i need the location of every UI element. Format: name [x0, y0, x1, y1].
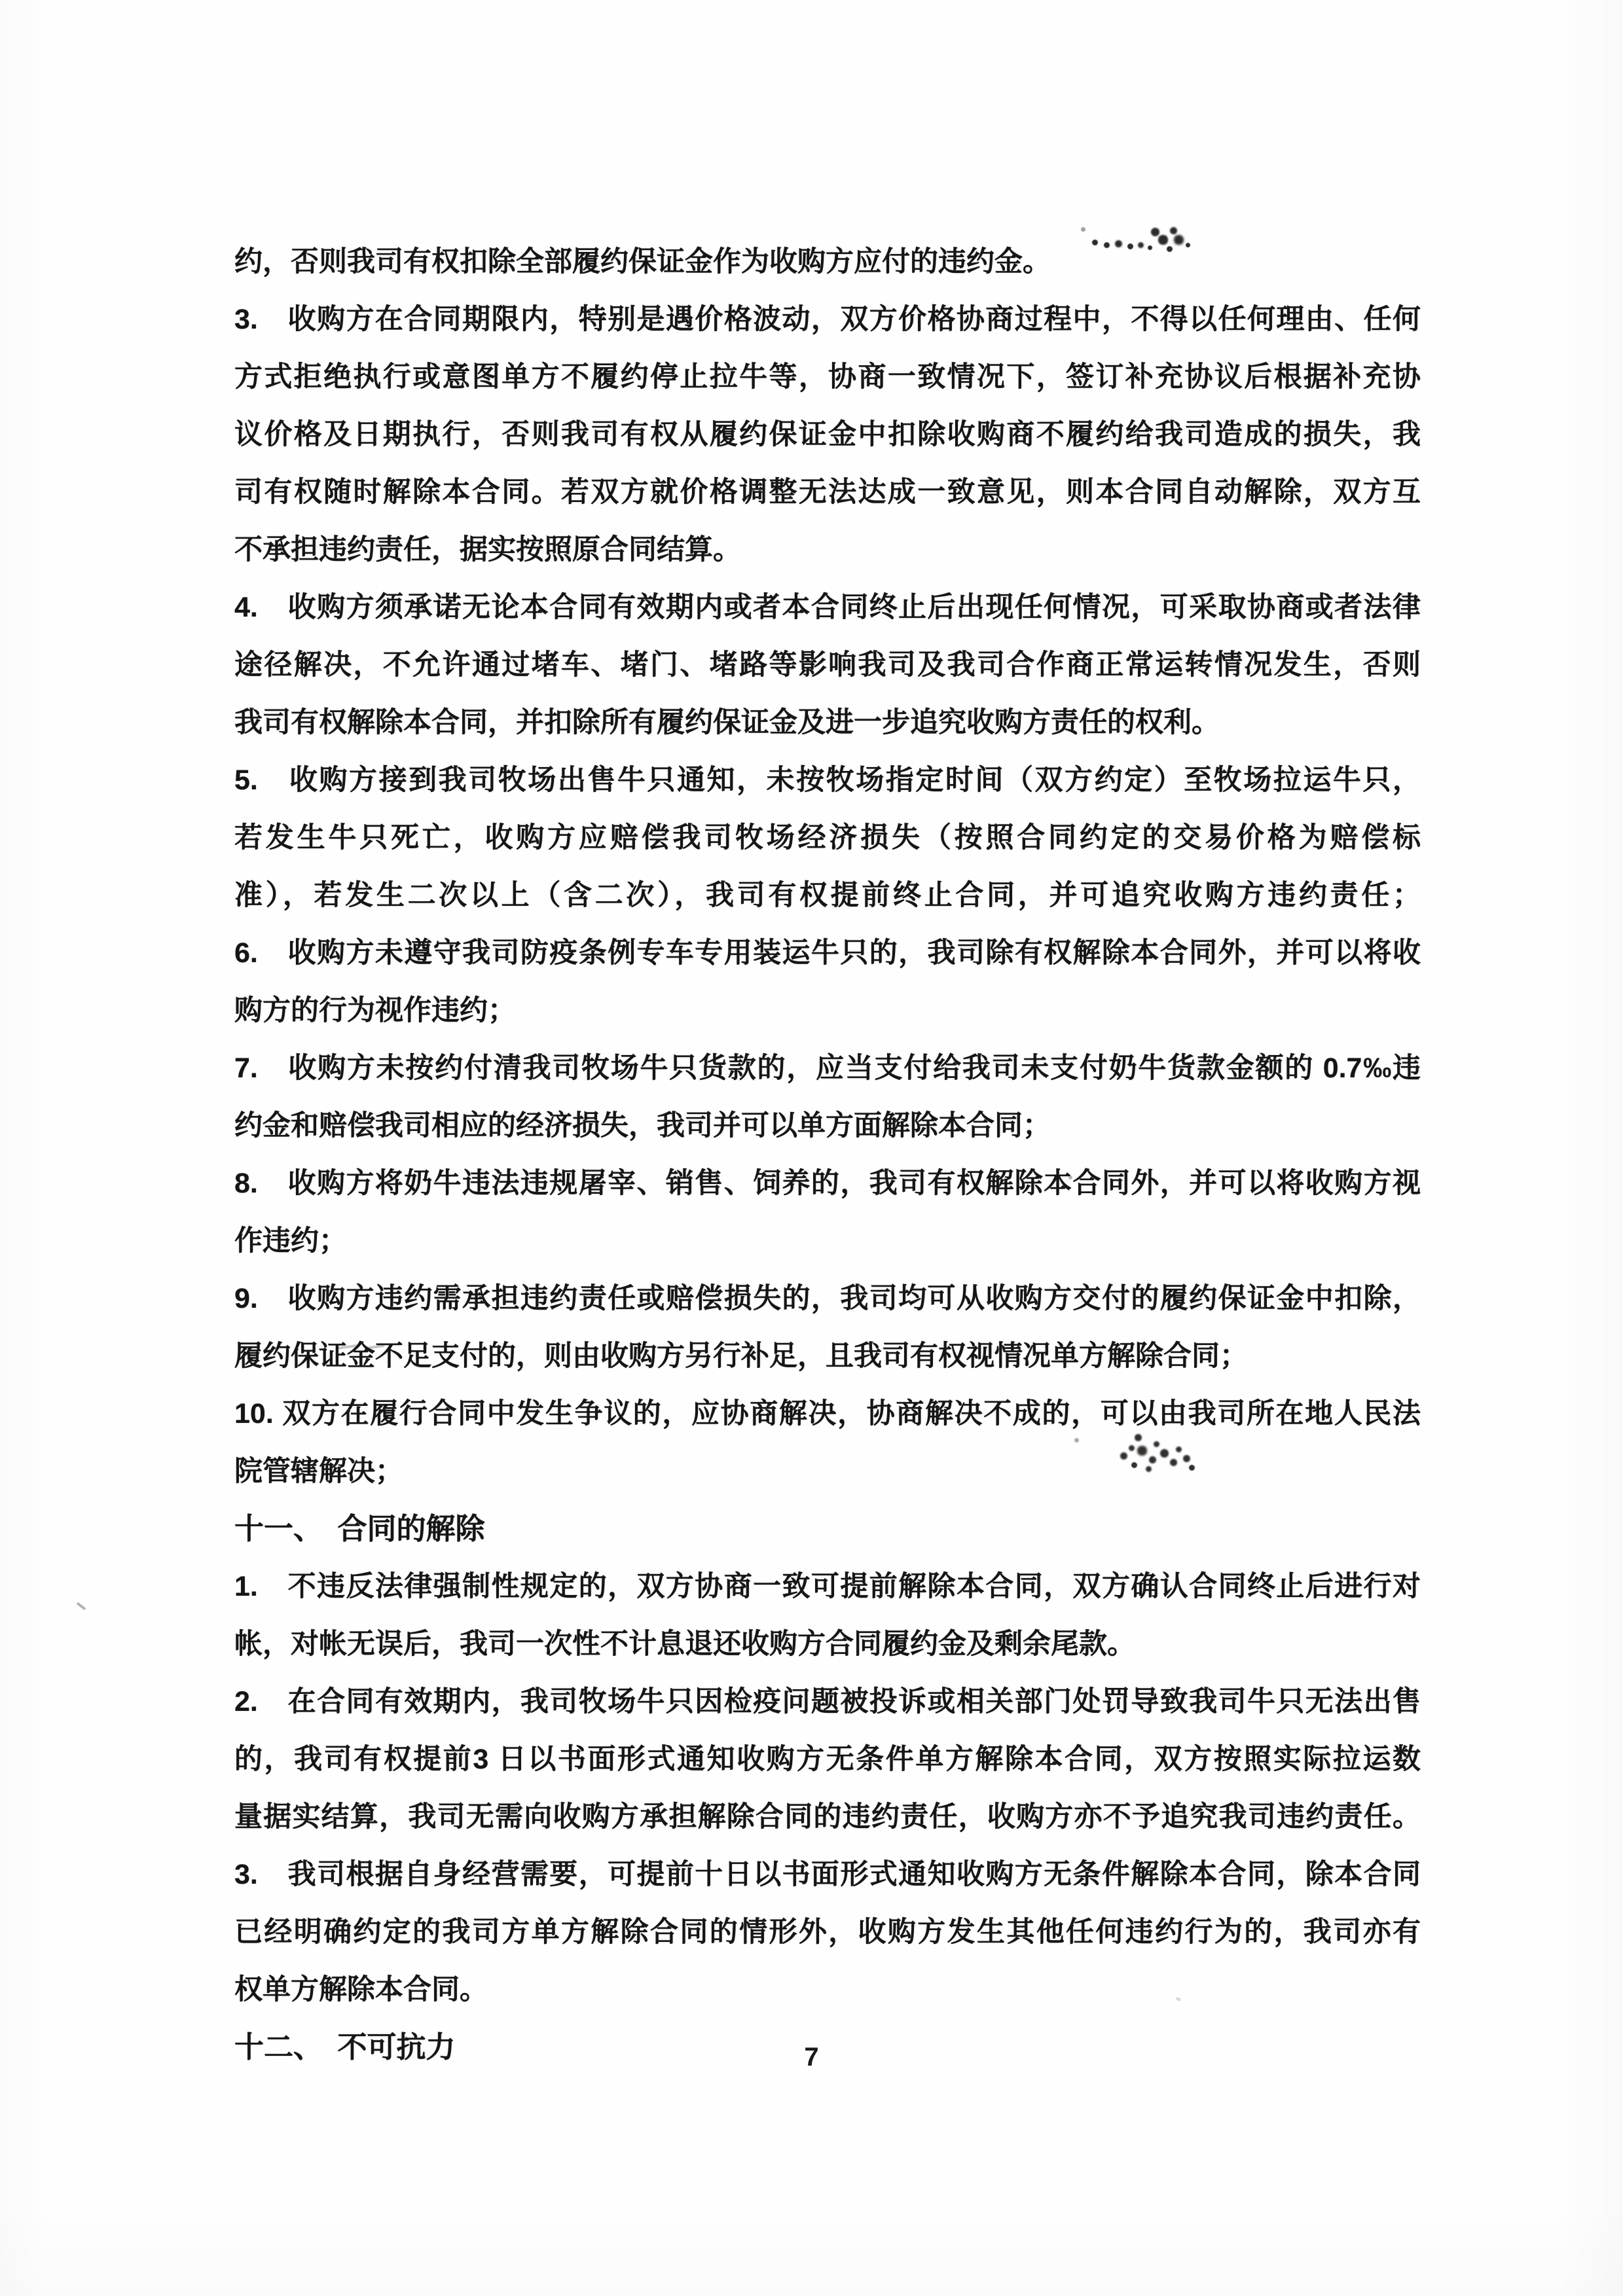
- contract-line: 不承担违约责任，据实按照原合同结算。: [234, 521, 1421, 579]
- contract-line: 10. 双方在履行合同中发生争议的，应协商解决，协商解决不成的，可以由我司所在地…: [234, 1385, 1421, 1443]
- contract-line: 量据实结算，我司无需向收购方承担解除合同的违约责任，收购方亦不予追究我司违约责任…: [234, 1788, 1421, 1846]
- contract-line: 权单方解除本合同。: [234, 1961, 1421, 2018]
- contract-line: 已经明确约定的我司方单方解除合同的情形外，收购方发生其他任何违约行为的，我司亦有: [234, 1903, 1421, 1961]
- contract-line: 我司有权解除本合同，并扣除所有履约保证金及进一步追究收购方责任的权利。: [234, 694, 1421, 751]
- contract-line: 3. 收购方在合同期限内，特别是遇价格波动，双方价格协商过程中，不得以任何理由、…: [234, 291, 1421, 348]
- contract-text-block: 约，否则我司有权扣除全部履约保证金作为收购方应付的违约金。3. 收购方在合同期限…: [234, 233, 1421, 2076]
- contract-line: 1. 不违反法律强制性规定的，双方协商一致可提前解除本合同，双方确认合同终止后进…: [234, 1558, 1421, 1615]
- contract-line: 4. 收购方须承诺无论本合同有效期内或者本合同终止后出现任何情况，可采取协商或者…: [234, 579, 1421, 636]
- contract-line: 帐，对帐无误后，我司一次性不计息退还收购方合同履约金及剩余尾款。: [234, 1615, 1421, 1673]
- contract-line: 购方的行为视作违约；: [234, 982, 1421, 1039]
- contract-line: 院管辖解决；: [234, 1443, 1421, 1500]
- contract-line: 8. 收购方将奶牛违法违规屠宰、销售、饲养的，我司有权解除本合同外，并可以将收购…: [234, 1155, 1421, 1212]
- contract-line: 履约保证金不足支付的，则由收购方另行补足，且我司有权视情况单方解除合同；: [234, 1327, 1421, 1385]
- contract-line: 方式拒绝执行或意图单方不履约停止拉牛等，协商一致情况下，签订补充协议后根据补充协: [234, 348, 1421, 406]
- contract-line: 议价格及日期执行，否则我司有权从履约保证金中扣除收购商不履约给我司造成的损失，我: [234, 406, 1421, 463]
- contract-line: 5. 收购方接到我司牧场出售牛只通知，未按牧场指定时间（双方约定）至牧场拉运牛只…: [234, 751, 1421, 809]
- scanned-contract-page: 约，否则我司有权扣除全部履约保证金作为收购方应付的违约金。3. 收购方在合同期限…: [0, 0, 1623, 2296]
- contract-line: 若发生牛只死亡，收购方应赔偿我司牧场经济损失（按照合同约定的交易价格为赔偿标: [234, 809, 1421, 867]
- page-number: 7: [0, 2034, 1623, 2080]
- contract-line: 约，否则我司有权扣除全部履约保证金作为收购方应付的违约金。: [234, 233, 1421, 291]
- contract-line: 6. 收购方未遵守我司防疫条例专车专用装运牛只的，我司除有权解除本合同外，并可以…: [234, 924, 1421, 982]
- contract-line: 约金和赔偿我司相应的经济损失，我司并可以单方面解除本合同；: [234, 1097, 1421, 1155]
- section-heading: 十一、 合同的解除: [234, 1500, 1421, 1558]
- contract-line: 9. 收购方违约需承担违约责任或赔偿损失的，我司均可从收购方交付的履约保证金中扣…: [234, 1270, 1421, 1327]
- contract-line: 准），若发生二次以上（含二次），我司有权提前终止合同，并可追究收购方违约责任；: [234, 867, 1421, 924]
- contract-line: 2. 在合同有效期内，我司牧场牛只因检疫问题被投诉或相关部门处罚导致我司牛只无法…: [234, 1673, 1421, 1731]
- scan-speck-left-margin: [76, 1602, 86, 1610]
- contract-line: 7. 收购方未按约付清我司牧场牛只货款的，应当支付给我司未支付奶牛货款金额的 0…: [234, 1039, 1421, 1097]
- contract-line: 作违约；: [234, 1212, 1421, 1270]
- contract-line: 的，我司有权提前3 日以书面形式通知收购方无条件单方解除本合同，双方按照实际拉运…: [234, 1731, 1421, 1788]
- ink-smudge-top-right: [1091, 224, 1094, 227]
- contract-line: 3. 我司根据自身经营需要，可提前十日以书面形式通知收购方无条件解除本合同，除本…: [234, 1846, 1421, 1903]
- contract-line: 途径解决，不允许通过堵车、堵门、堵路等影响我司及我司合作商正常运转情况发生，否则: [234, 636, 1421, 694]
- contract-line: 司有权随时解除本合同。若双方就价格调整无法达成一致意见，则本合同自动解除，双方互: [234, 463, 1421, 521]
